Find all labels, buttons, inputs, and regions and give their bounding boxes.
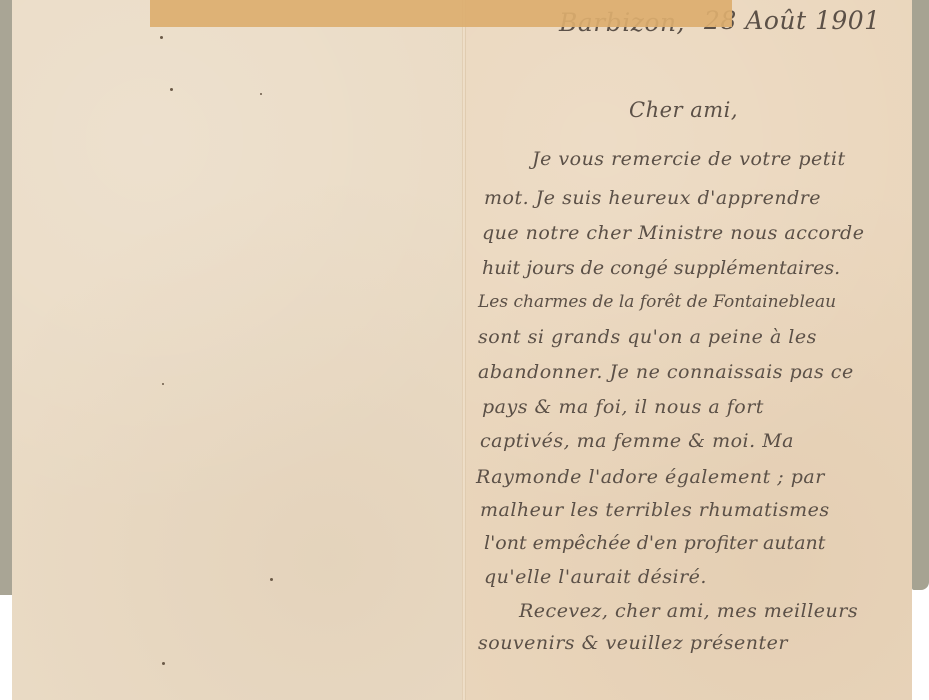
letter-line: huit jours de congé supplémentaires. bbox=[482, 257, 840, 279]
letter-closing-line: souvenirs & veuillez présenter bbox=[478, 632, 788, 654]
paper-speck bbox=[260, 93, 262, 95]
letter-line: l'ont empêchée d'en profiter autant bbox=[484, 532, 825, 554]
paper-speck bbox=[162, 383, 164, 385]
paper-speck bbox=[162, 662, 165, 665]
paper-speck bbox=[160, 36, 163, 39]
letter-line: que notre cher Ministre nous accorde bbox=[482, 222, 864, 244]
paper-speck bbox=[270, 578, 273, 581]
letter-line: sont si grands qu'on a peine à les bbox=[478, 326, 817, 348]
letter-line: Raymonde l'adore également ; par bbox=[476, 466, 825, 488]
letter-line: abandonner. Je ne connaissais pas ce bbox=[478, 361, 854, 383]
letter-closing-line: Recevez, cher ami, mes meilleurs bbox=[519, 600, 858, 622]
letter-page-left-blank bbox=[12, 0, 464, 700]
letter-line: Je vous remercie de votre petit bbox=[532, 148, 846, 170]
letter-line: captivés, ma femme & moi. Ma bbox=[480, 430, 794, 452]
letter-line: malheur les terribles rhumatismes bbox=[480, 499, 830, 521]
letter-line: pays & ma foi, il nous a fort bbox=[482, 396, 764, 418]
adhesive-tape-strip bbox=[150, 0, 732, 27]
letter-line: Les charmes de la forêt de Fontainebleau bbox=[478, 292, 836, 312]
scan-backing-tear bbox=[912, 560, 929, 590]
paper-speck bbox=[170, 88, 173, 91]
letter-page-right: Barbizon, 28 Août 1901 Cher ami, Je vous… bbox=[464, 0, 912, 700]
letter-line: qu'elle l'aurait désiré. bbox=[484, 566, 707, 588]
page-fold-crease bbox=[462, 0, 466, 700]
letter-salutation: Cher ami, bbox=[629, 98, 738, 122]
letter-line: mot. Je suis heureux d'apprendre bbox=[484, 187, 821, 209]
